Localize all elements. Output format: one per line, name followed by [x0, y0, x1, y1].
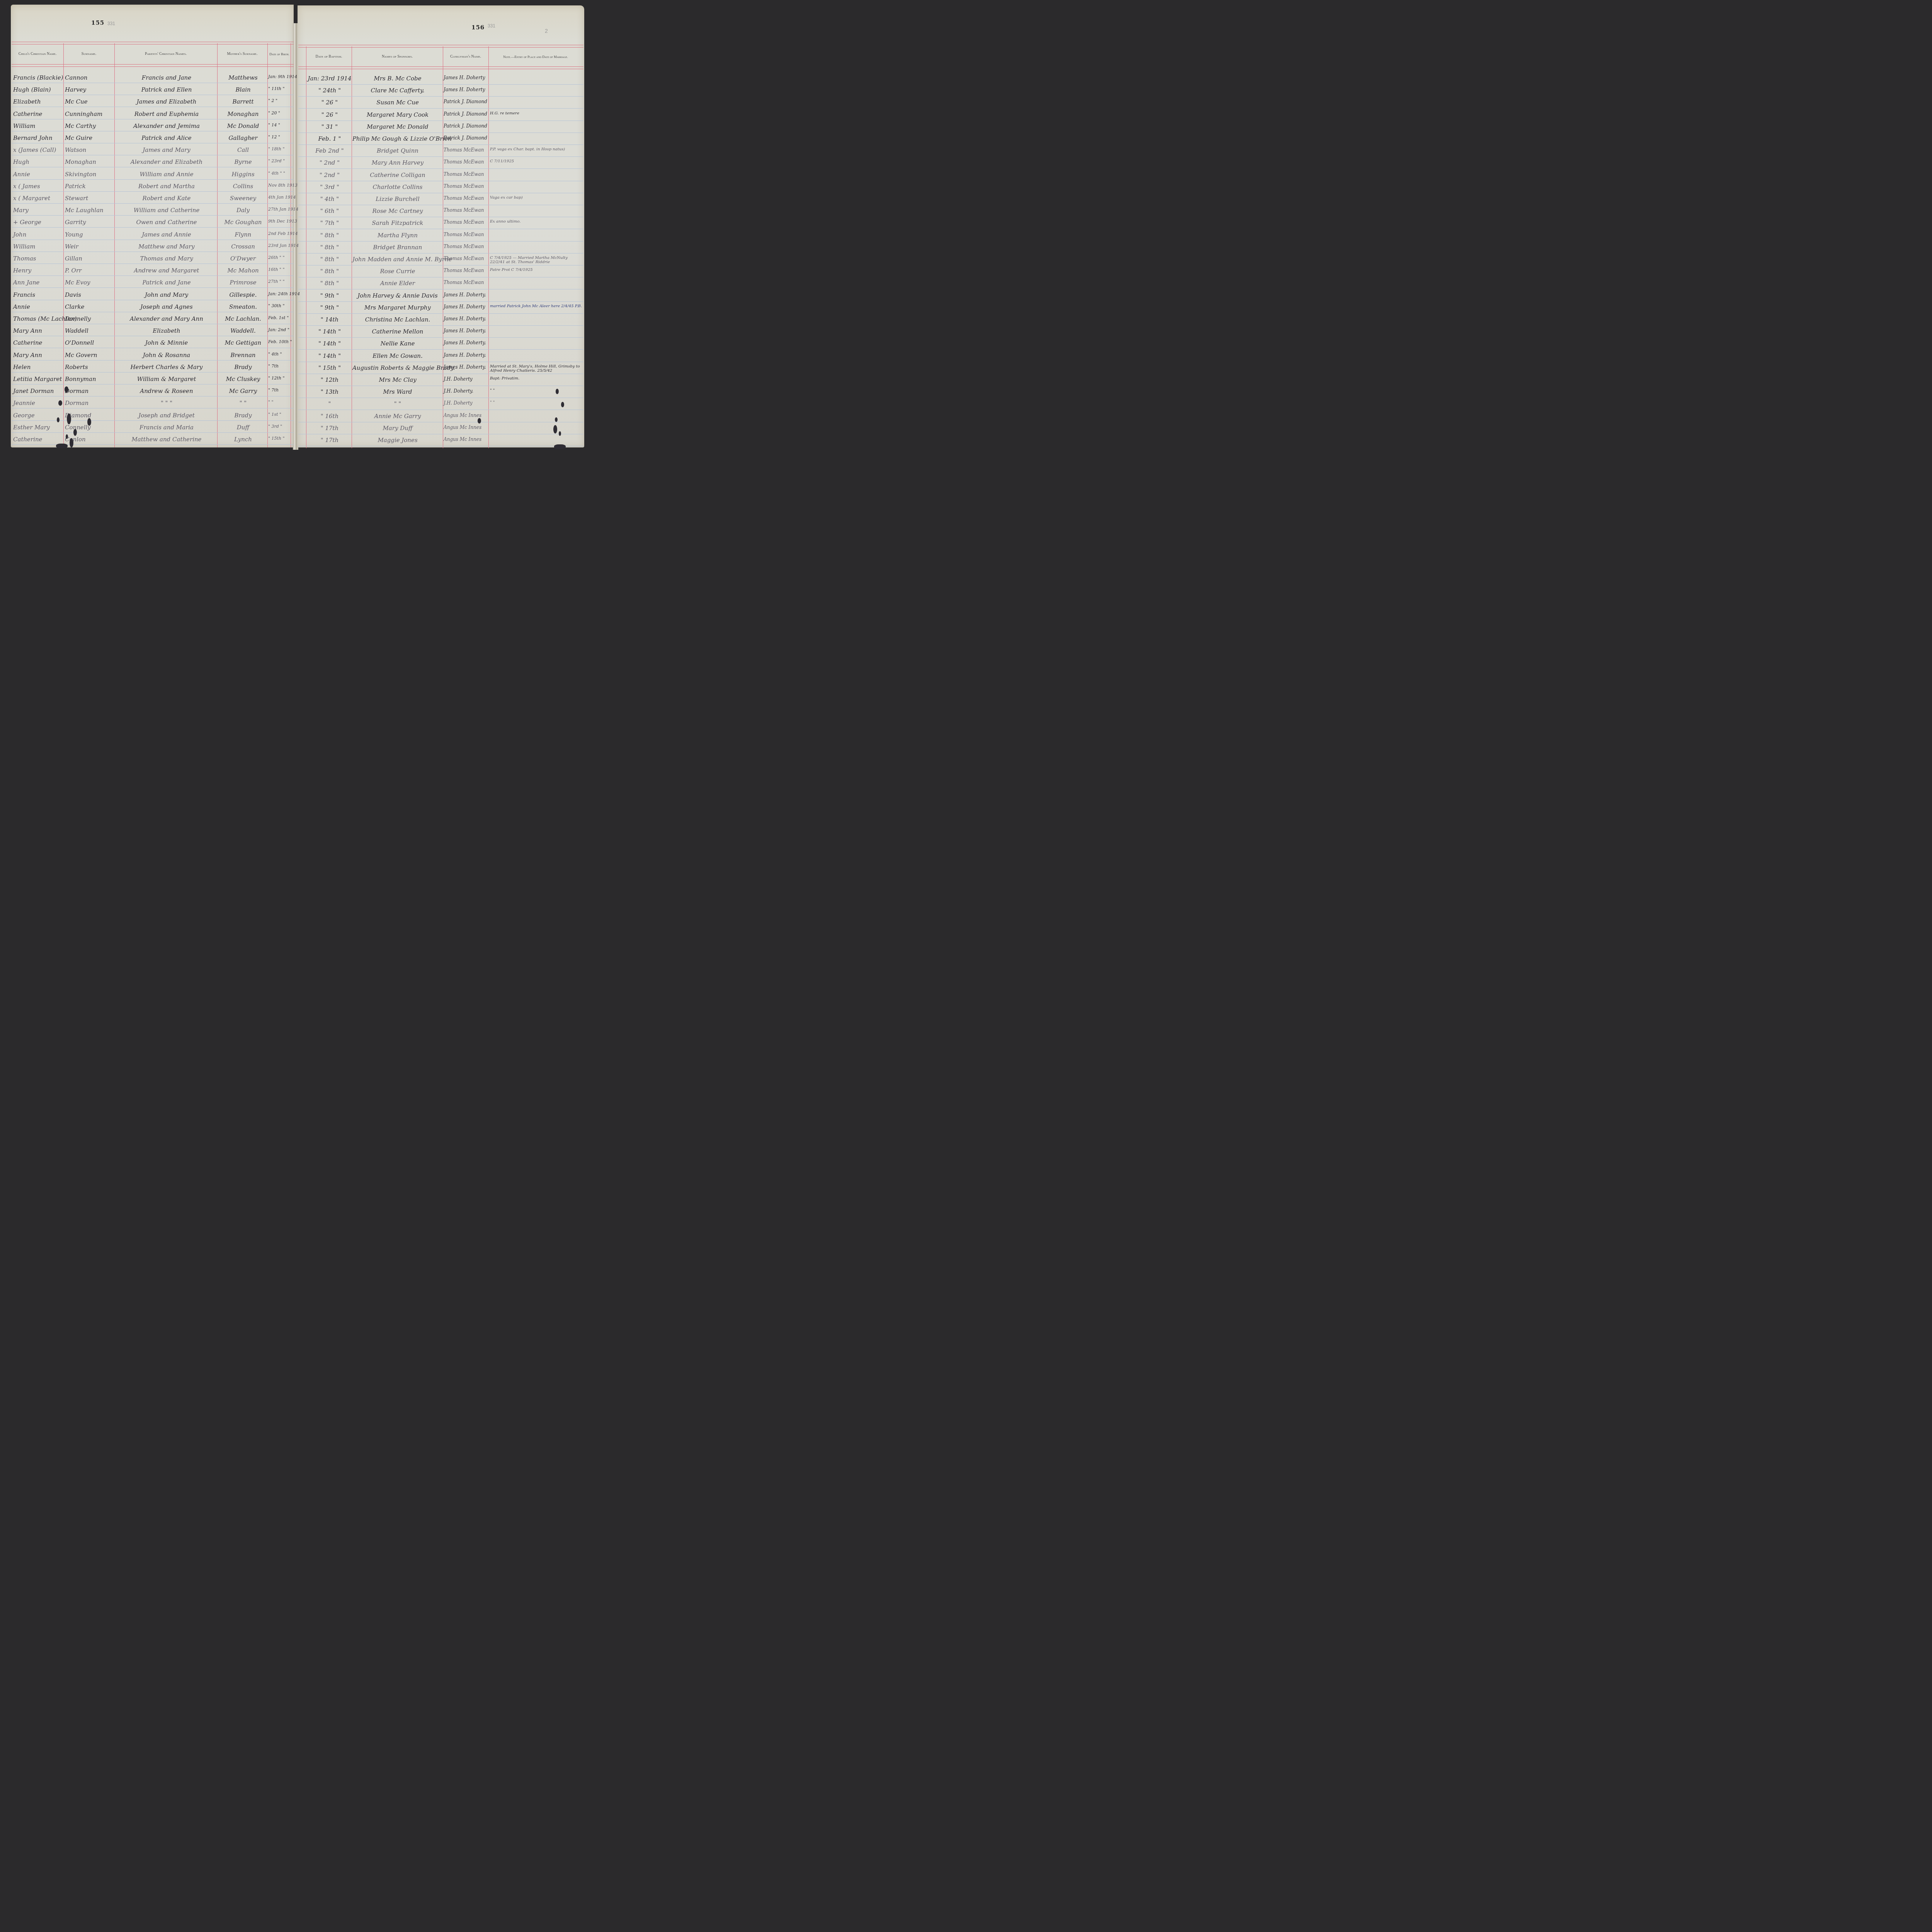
date-of-birth-cell: " 12 " [268, 134, 292, 139]
mothers-surname-cell: O'Dwyer [219, 255, 267, 262]
mothers-surname-cell: Gillespie. [219, 291, 267, 298]
surname-cell: Garrity [65, 219, 114, 226]
parents-names-cell: Francis and Maria [116, 424, 217, 431]
header-date-of-baptism: Date of Baptism. [306, 47, 352, 66]
date-of-birth-cell: " 15th " [268, 436, 292, 441]
header-note-marriage: Note.—Entry of Place and Date of Marriag… [488, 47, 583, 66]
clergyman-cell: James H. Doherty [444, 304, 488, 310]
date-of-baptism-cell: " 9th " [308, 304, 352, 311]
date-of-birth-cell: " 14 " [268, 122, 292, 128]
register-entry-row: x (James (Call)WatsonJames and MaryCall"… [0, 145, 592, 157]
header-names-of-sponsors: Names of Sponsors. [352, 47, 443, 66]
clergyman-cell: James H. Doherty. [444, 316, 488, 321]
register-entry-row: Janet DormanDormanAndrew & RoseenMc Garr… [0, 386, 592, 398]
register-entry-row: Mary AnnMc GovernJohn & RosannaBrennan" … [0, 350, 592, 362]
ink-blot [66, 434, 68, 439]
child-name-cell: Thomas [13, 255, 63, 262]
date-of-birth-cell: " 12th " [268, 376, 292, 381]
clergyman-cell: Thomas McEwan [444, 232, 488, 237]
left-pencil-number: 331 [107, 21, 115, 26]
mothers-surname-cell: Higgins [219, 171, 267, 178]
date-of-baptism-cell: " 31 " [308, 123, 352, 130]
register-entry-row: Ann JaneMc EvoyPatrick and JanePrimrose2… [0, 277, 592, 289]
register-entry-row: Hugh (Blain)HarveyPatrick and EllenBlain… [0, 85, 592, 97]
child-name-cell: Letitia Margaret [13, 376, 63, 383]
date-of-baptism-cell: " 7th " [308, 219, 352, 226]
date-of-birth-cell: 4th Jan 1914 [268, 195, 292, 200]
clergyman-cell: James H. Doherty. [444, 352, 488, 358]
parents-names-cell: William and Annie [116, 171, 217, 178]
parents-names-cell: John & Rosanna [116, 352, 217, 359]
sponsors-cell: Augustin Roberts & Maggie Brady. [352, 364, 443, 371]
date-of-birth-cell: Feb. 10th " [268, 339, 292, 344]
parents-names-cell: James and Elizabeth [116, 98, 217, 105]
parents-names-cell: John & Minnie [116, 339, 217, 346]
parents-names-cell: Thomas and Mary [116, 255, 217, 262]
clergyman-cell: Thomas McEwan [444, 159, 488, 165]
mothers-surname-cell: Daly [219, 207, 267, 214]
left-page-number: 155 [91, 19, 104, 26]
date-of-birth-cell: 23rd Jan 1914 [268, 243, 292, 248]
surname-cell: Watson [65, 146, 114, 153]
parents-names-cell: Matthew and Catherine [116, 436, 217, 443]
sponsors-cell: Mrs B. Mc Cobe [352, 75, 443, 82]
date-of-baptism-cell: " 6th " [308, 207, 352, 214]
clergyman-cell: Thomas McEwan [444, 147, 488, 153]
date-of-birth-cell: 27th Jan 1914 [268, 207, 292, 212]
header-date-of-birth: Date of Birth. [267, 44, 291, 64]
ink-blot [556, 389, 559, 394]
sponsors-cell: John Madden and Annie M. Byrne [352, 256, 443, 263]
child-name-cell: Henry [13, 267, 63, 274]
date-of-baptism-cell: " 26 " [308, 99, 352, 106]
register-entry-row: x ( JamesPatrickRobert and MarthaCollins… [0, 181, 592, 193]
sponsors-cell: Charlotte Collins [352, 184, 443, 190]
date-of-birth-cell: " 7th [268, 364, 292, 369]
sponsors-cell: Martha Flynn [352, 232, 443, 239]
clergyman-cell: James H. Doherty [444, 75, 488, 80]
ink-blot [70, 438, 73, 447]
sponsors-cell: Nellie Kane [352, 340, 443, 347]
sponsors-cell: Mrs Margaret Murphy [352, 304, 443, 311]
date-of-baptism-cell: " 8th " [308, 244, 352, 251]
parents-names-cell: James and Annie [116, 231, 217, 238]
ink-blot [553, 425, 557, 434]
sponsors-cell: John Harvey & Annie Davis [352, 292, 443, 299]
date-of-baptism-cell: Feb. 1 " [308, 135, 352, 142]
marriage-note-cell: " " [490, 400, 583, 405]
surname-cell: Dorman [65, 400, 114, 406]
child-name-cell: Catherine [13, 111, 63, 117]
date-of-baptism-cell: " 2nd " [308, 172, 352, 179]
mothers-surname-cell: Gallagher [219, 134, 267, 141]
child-name-cell: John [13, 231, 63, 238]
date-of-baptism-cell: " 2nd " [308, 159, 352, 166]
register-entry-row: WilliamWeirMatthew and MaryCrossan23rd J… [0, 241, 592, 253]
parents-names-cell: Robert and Kate [116, 195, 217, 202]
child-name-cell: Elizabeth [13, 98, 63, 105]
register-entry-row: HenryP. OrrAndrew and MargaretMc Mahon16… [0, 265, 592, 277]
parents-names-cell: John and Mary [116, 291, 217, 298]
sponsors-cell: Sarah Fitzpatrick [352, 219, 443, 226]
sponsors-cell: Catherine Colligan [352, 172, 443, 179]
clergyman-cell: Thomas McEwan [444, 196, 488, 201]
date-of-baptism-cell: " 8th " [308, 268, 352, 275]
parents-names-cell: Andrew & Roseen [116, 388, 217, 395]
date-of-birth-cell: " 4th " " [268, 171, 292, 176]
child-name-cell: Ann Jane [13, 279, 63, 286]
date-of-baptism-cell: " 14th " [308, 328, 352, 335]
date-of-birth-cell: " 3rd " [268, 424, 292, 429]
header-surname: Surname. [63, 44, 114, 64]
register-entry-row: Thomas (Mc Lachlan)DonnellyAlexander and… [0, 314, 592, 326]
sponsors-cell: Bridget Brannan [352, 244, 443, 251]
child-name-cell: Thomas (Mc Lachlan) [13, 315, 63, 322]
child-name-cell: Catherine [13, 339, 63, 346]
ink-blot [57, 417, 60, 422]
clergyman-cell: Thomas McEwan [444, 207, 488, 213]
register-entry-row: CatherineO'DonnellJohn & MinnieMc Gettig… [0, 338, 592, 350]
child-name-cell: Francis (Blackie) [13, 74, 63, 81]
parents-names-cell: Robert and Euphemia [116, 111, 217, 117]
clergyman-cell: Angus Mc Innes [444, 437, 488, 442]
parents-names-cell: Elizabeth [116, 327, 217, 334]
child-name-cell: Jeannie [13, 400, 63, 406]
clergyman-cell: Patrick J. Diamond [444, 123, 488, 129]
mothers-surname-cell: Byrne [219, 158, 267, 165]
clergyman-cell: James H. Doherty. [444, 340, 488, 345]
register-entry-row: + GeorgeGarrityOwen and CatherineMc Goug… [0, 217, 592, 229]
surname-cell: Waddell [65, 327, 114, 334]
date-of-birth-cell: Nov 8th 1913 [268, 183, 292, 188]
sponsors-cell: Rose Currie [352, 268, 443, 275]
parents-names-cell: Matthew and Mary [116, 243, 217, 250]
mothers-surname-cell: Mc Donald [219, 122, 267, 129]
surname-cell: Harvey [65, 86, 114, 93]
child-name-cell: Francis [13, 291, 63, 298]
date-of-birth-cell: " 7th [268, 388, 292, 393]
surname-cell: Dorman [65, 388, 114, 395]
surname-cell: Mc Govern [65, 352, 114, 359]
marriage-note-cell: P.P. vaga ex Char. bapt. in Hosp natus) [490, 147, 583, 151]
date-of-baptism-cell: " 8th " [308, 232, 352, 239]
surname-cell: Diamond [65, 412, 114, 419]
sponsors-cell: Susan Mc Cue [352, 99, 443, 106]
parents-names-cell: Owen and Catherine [116, 219, 217, 226]
date-of-birth-cell: Feb. 1st " [268, 315, 292, 320]
child-name-cell: Esther Mary [13, 424, 63, 431]
date-of-birth-cell: 26th " " [268, 255, 292, 260]
mothers-surname-cell: Blain [219, 86, 267, 93]
register-entry-row: Letitia MargaretBonnymanWilliam & Margar… [0, 374, 592, 386]
date-of-birth-cell: " 1st " [268, 412, 292, 417]
mothers-surname-cell: Barrett [219, 98, 267, 105]
mothers-surname-cell: Duff [219, 424, 267, 431]
sponsors-cell: Mrs Ward [352, 388, 443, 395]
parents-names-cell: Joseph and Agnes [116, 303, 217, 310]
parents-names-cell: Andrew and Margaret [116, 267, 217, 274]
date-of-birth-cell: 9th Dec 1913 [268, 219, 292, 224]
clergyman-cell: Thomas McEwan [444, 184, 488, 189]
child-name-cell: William [13, 122, 63, 129]
register-entry-row: JohnYoungJames and AnnieFlynn2nd Feb 191… [0, 230, 592, 241]
header-mothers-surname: Mother's Surname. [217, 44, 267, 64]
ink-blot [73, 429, 77, 436]
date-of-baptism-cell: " 3rd " [308, 184, 352, 190]
mothers-surname-cell: Smeaton. [219, 303, 267, 310]
clergyman-cell: Thomas McEwan [444, 219, 488, 225]
clergyman-cell: James H. Doherty [444, 87, 488, 92]
child-name-cell: Mary Ann [13, 352, 63, 359]
date-of-baptism-cell: " 14th [308, 316, 352, 323]
parents-names-cell: Alexander and Elizabeth [116, 158, 217, 165]
ink-blot [554, 444, 566, 449]
ink-blot [56, 444, 68, 448]
mothers-surname-cell: Lynch [219, 436, 267, 443]
child-name-cell: Bernard John [13, 134, 63, 141]
mothers-surname-cell: Matthews [219, 74, 267, 81]
surname-cell: Skivington [65, 171, 114, 178]
register-entry-row: CatherineConlonMatthew and CatherineLync… [0, 434, 592, 446]
register-entry-row: ThomasGillanThomas and MaryO'Dwyer26th "… [0, 253, 592, 265]
date-of-baptism-cell: " 8th " [308, 256, 352, 263]
date-of-baptism-cell: " 17th [308, 425, 352, 432]
child-name-cell: Catherine [13, 436, 63, 443]
parents-names-cell: Patrick and Alice [116, 134, 217, 141]
right-pencil-number: 331 [488, 23, 495, 29]
register-entry-row: Mary AnnWaddellElizabethWaddell.Jan: 2nd… [0, 326, 592, 338]
register-entry-row: FrancisDavisJohn and MaryGillespie.Jan: … [0, 290, 592, 302]
child-name-cell: George [13, 412, 63, 419]
surname-cell: Mc Cue [65, 98, 114, 105]
mothers-surname-cell: Brady [219, 412, 267, 419]
child-name-cell: x ( James [13, 183, 63, 190]
marriage-note-cell: Patre Prot C 7/4/1925 [490, 268, 583, 272]
date-of-birth-cell: " 20 " [268, 111, 292, 116]
register-entry-row: JeannieDorman" " "" "" """ "J.H. Doherty… [0, 398, 592, 410]
date-of-birth-cell: " " [268, 400, 292, 405]
mothers-surname-cell: Flynn [219, 231, 267, 238]
sponsors-cell: Mary Duff [352, 425, 443, 432]
parents-names-cell: Patrick and Jane [116, 279, 217, 286]
date-of-baptism-cell: " 15th " [308, 364, 352, 371]
date-of-baptism-cell: " 16th [308, 413, 352, 420]
date-of-baptism-cell: " 12th [308, 376, 352, 383]
mothers-surname-cell: Primrose [219, 279, 267, 286]
parents-names-cell: Robert and Martha [116, 183, 217, 190]
register-entry-row: Francis (Blackie)CannonFrancis and JaneM… [0, 73, 592, 85]
clergyman-cell: James H. Doherty. [444, 292, 488, 298]
register-entry-row: x ( MargaretStewartRobert and KateSweene… [0, 193, 592, 205]
register-entry-row: CatherineCunninghamRobert and EuphemiaMo… [0, 109, 592, 121]
register-entry-row: MaryMc LaughlanWilliam and CatherineDaly… [0, 205, 592, 217]
date-of-birth-cell: Jan: 9th 1914 [268, 74, 292, 79]
date-of-baptism-cell: " 17th [308, 437, 352, 444]
date-of-birth-cell: 27th " " [268, 279, 292, 284]
child-name-cell: Helen [13, 364, 63, 371]
mothers-surname-cell: Mc Garry [219, 388, 267, 395]
child-name-cell: Hugh [13, 158, 63, 165]
surname-cell: Stewart [65, 195, 114, 202]
parents-names-cell: William and Catherine [116, 207, 217, 214]
clergyman-cell: Patrick J. Diamond [444, 111, 488, 117]
child-name-cell: Annie [13, 303, 63, 310]
marriage-note-cell: Ex anno ultimo. [490, 219, 583, 224]
ink-blot [67, 413, 71, 424]
clergyman-cell: Thomas McEwan [444, 280, 488, 285]
right-page-number: 156 [471, 24, 485, 31]
mothers-surname-cell: Mc Cluskey [219, 376, 267, 383]
clergyman-cell: J.H. Doherty [444, 400, 488, 406]
ink-blot [555, 417, 558, 422]
surname-cell: Cunningham [65, 111, 114, 117]
mothers-surname-cell: Crossan [219, 243, 267, 250]
sponsors-cell: Margaret Mc Donald [352, 123, 443, 130]
marriage-note-cell: H.G. re temere [490, 111, 583, 116]
child-name-cell: Janet Dorman [13, 388, 63, 395]
mothers-surname-cell: Monaghan [219, 111, 267, 117]
child-name-cell: + George [13, 219, 63, 226]
child-name-cell: Mary [13, 207, 63, 214]
date-of-birth-cell: " 23rd " [268, 158, 292, 163]
clergyman-cell: Patrick J. Diamond [444, 99, 488, 104]
marriage-note-cell: C 7/11/1925 [490, 159, 583, 163]
parents-names-cell: James and Mary [116, 146, 217, 153]
date-of-baptism-cell: " 14th " [308, 352, 352, 359]
mothers-surname-cell: Call [219, 146, 267, 153]
mothers-surname-cell: Brady [219, 364, 267, 371]
corner-pencil-mark: 2 [545, 28, 548, 34]
sponsors-cell: Annie Mc Garry [352, 413, 443, 420]
clergyman-cell: Thomas McEwan [444, 256, 488, 261]
header-parents-christian-names: Parents' Christian Names. [114, 44, 217, 64]
marriage-note-cell: " " [490, 388, 583, 393]
ink-blot [559, 431, 561, 436]
child-name-cell: Annie [13, 171, 63, 178]
child-name-cell: William [13, 243, 63, 250]
sponsors-cell: Christina Mc Lachlan. [352, 316, 443, 323]
surname-cell: Weir [65, 243, 114, 250]
register-entry-row: AnnieSkivingtonWilliam and AnnieHiggins"… [0, 169, 592, 181]
date-of-baptism-cell: " 4th " [308, 196, 352, 202]
marriage-note-cell: Bapt: Privatim. [490, 376, 583, 381]
surname-cell: Gillan [65, 255, 114, 262]
sponsors-cell: Mary Ann Harvey [352, 159, 443, 166]
clergyman-cell: Angus Mc Innes [444, 425, 488, 430]
mothers-surname-cell: " " [219, 400, 267, 406]
sponsors-cell: Lizzie Burchell [352, 196, 443, 202]
surname-cell: Roberts [65, 364, 114, 371]
date-of-birth-cell: " 18th " [268, 146, 292, 151]
surname-cell: Patrick [65, 183, 114, 190]
register-entry-row: ElizabethMc CueJames and ElizabethBarret… [0, 97, 592, 109]
marriage-note-cell: Vaga ex car bap) [490, 196, 583, 200]
surname-cell: O'Donnell [65, 339, 114, 346]
date-of-birth-cell: 16th " " [268, 267, 292, 272]
sponsors-cell: Rose Mc Cartney [352, 207, 443, 214]
clergyman-cell: James H. Doherty. [444, 364, 488, 370]
mothers-surname-cell: Mc Mahon [219, 267, 267, 274]
surname-cell: Clarke [65, 303, 114, 310]
clergyman-cell: James H. Doherty. [444, 328, 488, 333]
surname-cell: Mc Carthy [65, 122, 114, 129]
sponsors-cell: Margaret Mary Cook [352, 111, 443, 118]
ink-blot [561, 402, 564, 407]
surname-cell: Mc Guire [65, 134, 114, 141]
right-header-bottom-rule [298, 66, 583, 69]
child-name-cell: Hugh (Blain) [13, 86, 63, 93]
parents-names-cell: Patrick and Ellen [116, 86, 217, 93]
parents-names-cell: Herbert Charles & Mary [116, 364, 217, 371]
register-entry-row: Bernard JohnMc GuirePatrick and AliceGal… [0, 133, 592, 145]
parents-names-cell: William & Margaret [116, 376, 217, 383]
sponsors-cell: Clare Mc Cafferty. [352, 87, 443, 94]
mothers-surname-cell: Mc Goughan [219, 219, 267, 226]
sponsors-cell: Bridget Quinn [352, 147, 443, 154]
date-of-birth-cell: Jan: 2nd " [268, 327, 292, 332]
sponsors-cell: Ellen Mc Gowan. [352, 352, 443, 359]
mothers-surname-cell: Mc Lachlan. [219, 315, 267, 322]
date-of-birth-cell: " 30th " [268, 303, 292, 308]
child-name-cell: x ( Margaret [13, 195, 63, 202]
sponsors-cell: Annie Elder [352, 280, 443, 287]
clergyman-cell: Thomas McEwan [444, 268, 488, 273]
parents-names-cell: Alexander and Jemima [116, 122, 217, 129]
parents-names-cell: " " " [116, 400, 217, 406]
ink-blot [478, 418, 481, 423]
left-header-bottom-rule [12, 64, 294, 67]
sponsors-cell: " " [352, 400, 443, 407]
surname-cell: P. Orr [65, 267, 114, 274]
register-entry-row: WilliamMc CarthyAlexander and JemimaMc D… [0, 121, 592, 133]
ink-blot [87, 418, 91, 426]
clergyman-cell: J.H. Doherty. [444, 388, 488, 394]
clergyman-cell: Angus Mc Innes [444, 413, 488, 418]
date-of-birth-cell: " 11th " [268, 86, 292, 91]
surname-cell: Mc Laughlan [65, 207, 114, 214]
parents-names-cell: Francis and Jane [116, 74, 217, 81]
parents-names-cell: Alexander and Mary Ann [116, 315, 217, 322]
register-entry-row: AnnieClarkeJoseph and AgnesSmeaton." 30t… [0, 302, 592, 314]
clergyman-cell: Thomas McEwan [444, 244, 488, 249]
surname-cell: Young [65, 231, 114, 238]
surname-cell: Cannon [65, 74, 114, 81]
mothers-surname-cell: Sweeney [219, 195, 267, 202]
register-entry-row: HughMonaghanAlexander and ElizabethByrne… [0, 157, 592, 169]
date-of-baptism-cell: " 8th " [308, 280, 352, 287]
sponsors-cell: Philip Mc Gough & Lizzie O'Brien [352, 135, 443, 142]
clergyman-cell: J.H. Doherty [444, 376, 488, 382]
clergyman-cell: Thomas McEwan [444, 172, 488, 177]
date-of-birth-cell: " 2 " [268, 98, 292, 103]
ink-blot [65, 386, 68, 393]
ink-blot [58, 400, 62, 406]
surname-cell: Monaghan [65, 158, 114, 165]
sponsors-cell: Mrs Mc Clay [352, 376, 443, 383]
date-of-baptism-cell: " 24th " [308, 87, 352, 94]
date-of-baptism-cell: " 9th " [308, 292, 352, 299]
date-of-baptism-cell: " 13th [308, 388, 352, 395]
date-of-birth-cell: " 4th " [268, 352, 292, 357]
sponsors-cell: Catherine Mellon [352, 328, 443, 335]
mothers-surname-cell: Brennan [219, 352, 267, 359]
mothers-surname-cell: Waddell. [219, 327, 267, 334]
date-of-birth-cell: Jan: 24th 1914 [268, 291, 292, 296]
surname-cell: Bonnyman [65, 376, 114, 383]
child-name-cell: Mary Ann [13, 327, 63, 334]
mothers-surname-cell: Mc Gettigan [219, 339, 267, 346]
surname-cell: Donnelly [65, 315, 114, 322]
